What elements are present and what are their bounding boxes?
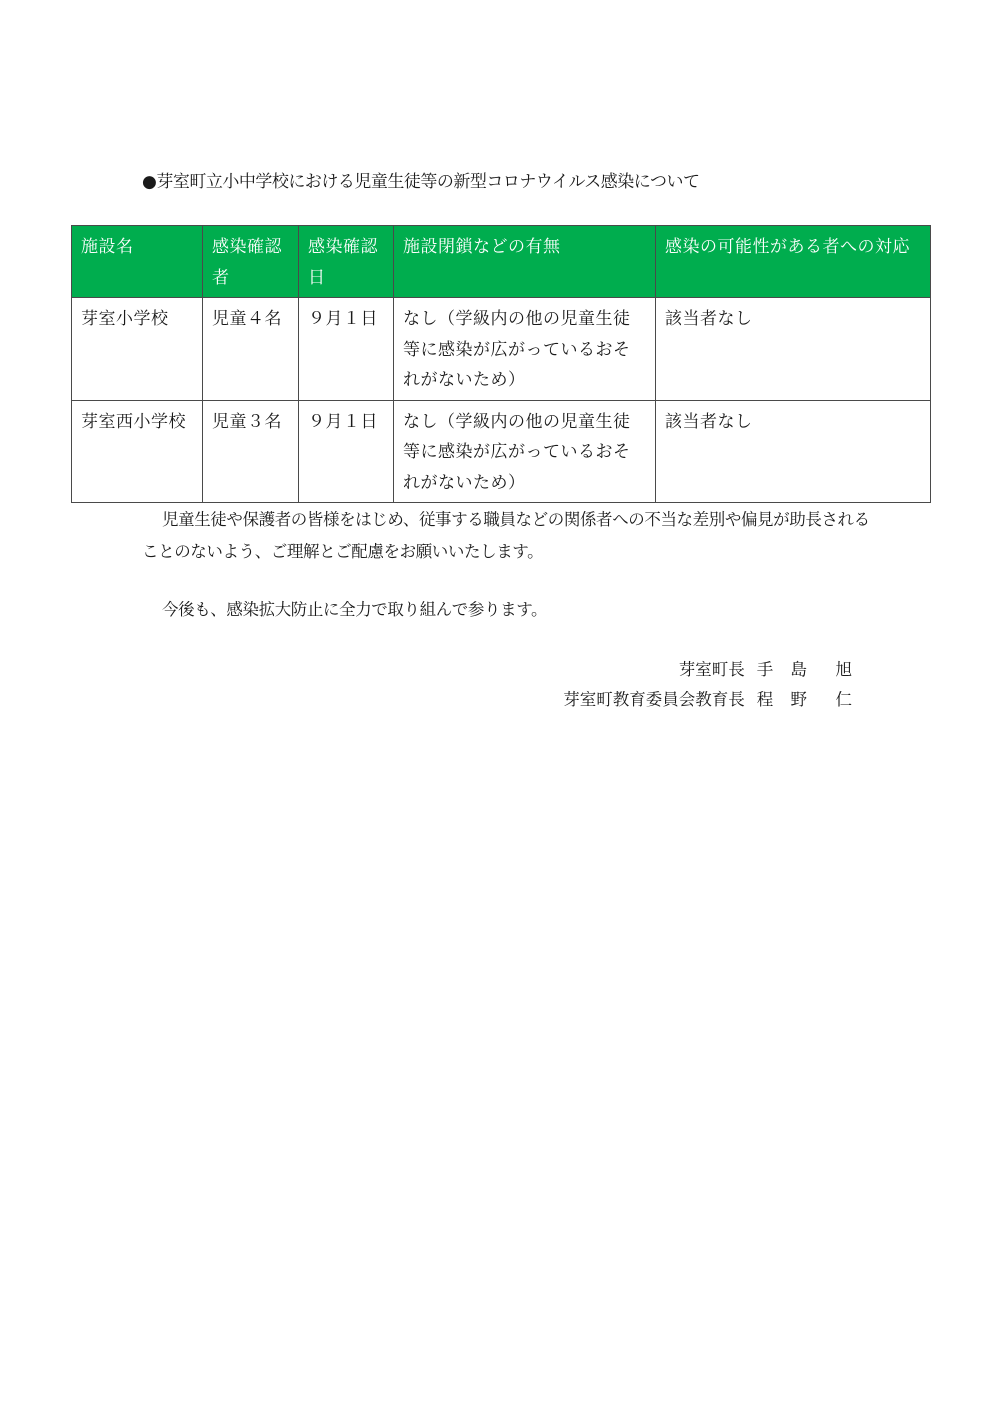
column-header-closure: 施設閉鎖などの有無 — [394, 226, 656, 298]
column-header-response: 感染の可能性がある者への対応 — [656, 226, 931, 298]
cell-date: ９月１日 — [299, 400, 394, 503]
column-header-date: 感染確認日 — [299, 226, 394, 298]
signature-title: 芽室町教育委員会教育長 — [563, 690, 745, 709]
column-header-confirmed: 感染確認者 — [203, 226, 299, 298]
commitment-paragraph: 今後も、感染拡大防止に全力で取り組んで参ります。 — [142, 594, 872, 626]
table-row: 芽室小学校 児童４名 ９月１日 なし（学級内の他の児童生徒等に感染が広がっている… — [72, 298, 931, 401]
column-header-facility: 施設名 — [72, 226, 203, 298]
cell-facility: 芽室西小学校 — [72, 400, 203, 503]
signature-superintendent: 芽室町教育委員会教育長程 野 仁 — [563, 685, 858, 715]
infection-status-table: 施設名 感染確認者 感染確認日 施設閉鎖などの有無 感染の可能性がある者への対応… — [71, 225, 931, 503]
signature-block: 芽室町長手 島 旭 芽室町教育委員会教育長程 野 仁 — [563, 655, 858, 715]
request-paragraph: 児童生徒や保護者の皆様をはじめ、従事する職員などの関係者への不当な差別や偏見が助… — [142, 504, 872, 568]
table-row: 芽室西小学校 児童３名 ９月１日 なし（学級内の他の児童生徒等に感染が広がってい… — [72, 400, 931, 503]
cell-response: 該当者なし — [656, 298, 931, 401]
cell-closure: なし（学級内の他の児童生徒等に感染が広がっているおそれがないため） — [394, 298, 656, 401]
cell-closure: なし（学級内の他の児童生徒等に感染が広がっているおそれがないため） — [394, 400, 656, 503]
document-heading: ●芽室町立小中学校における児童生徒等の新型コロナウイルス感染について — [142, 170, 699, 194]
cell-date: ９月１日 — [299, 298, 394, 401]
cell-response: 該当者なし — [656, 400, 931, 503]
cell-confirmed: 児童４名 — [203, 298, 299, 401]
signature-name: 程 野 仁 — [757, 690, 858, 709]
signature-title: 芽室町長 — [679, 660, 745, 679]
cell-facility: 芽室小学校 — [72, 298, 203, 401]
signature-name: 手 島 旭 — [757, 660, 858, 679]
table-header-row: 施設名 感染確認者 感染確認日 施設閉鎖などの有無 感染の可能性がある者への対応 — [72, 226, 931, 298]
signature-mayor: 芽室町長手 島 旭 — [563, 655, 858, 685]
cell-confirmed: 児童３名 — [203, 400, 299, 503]
